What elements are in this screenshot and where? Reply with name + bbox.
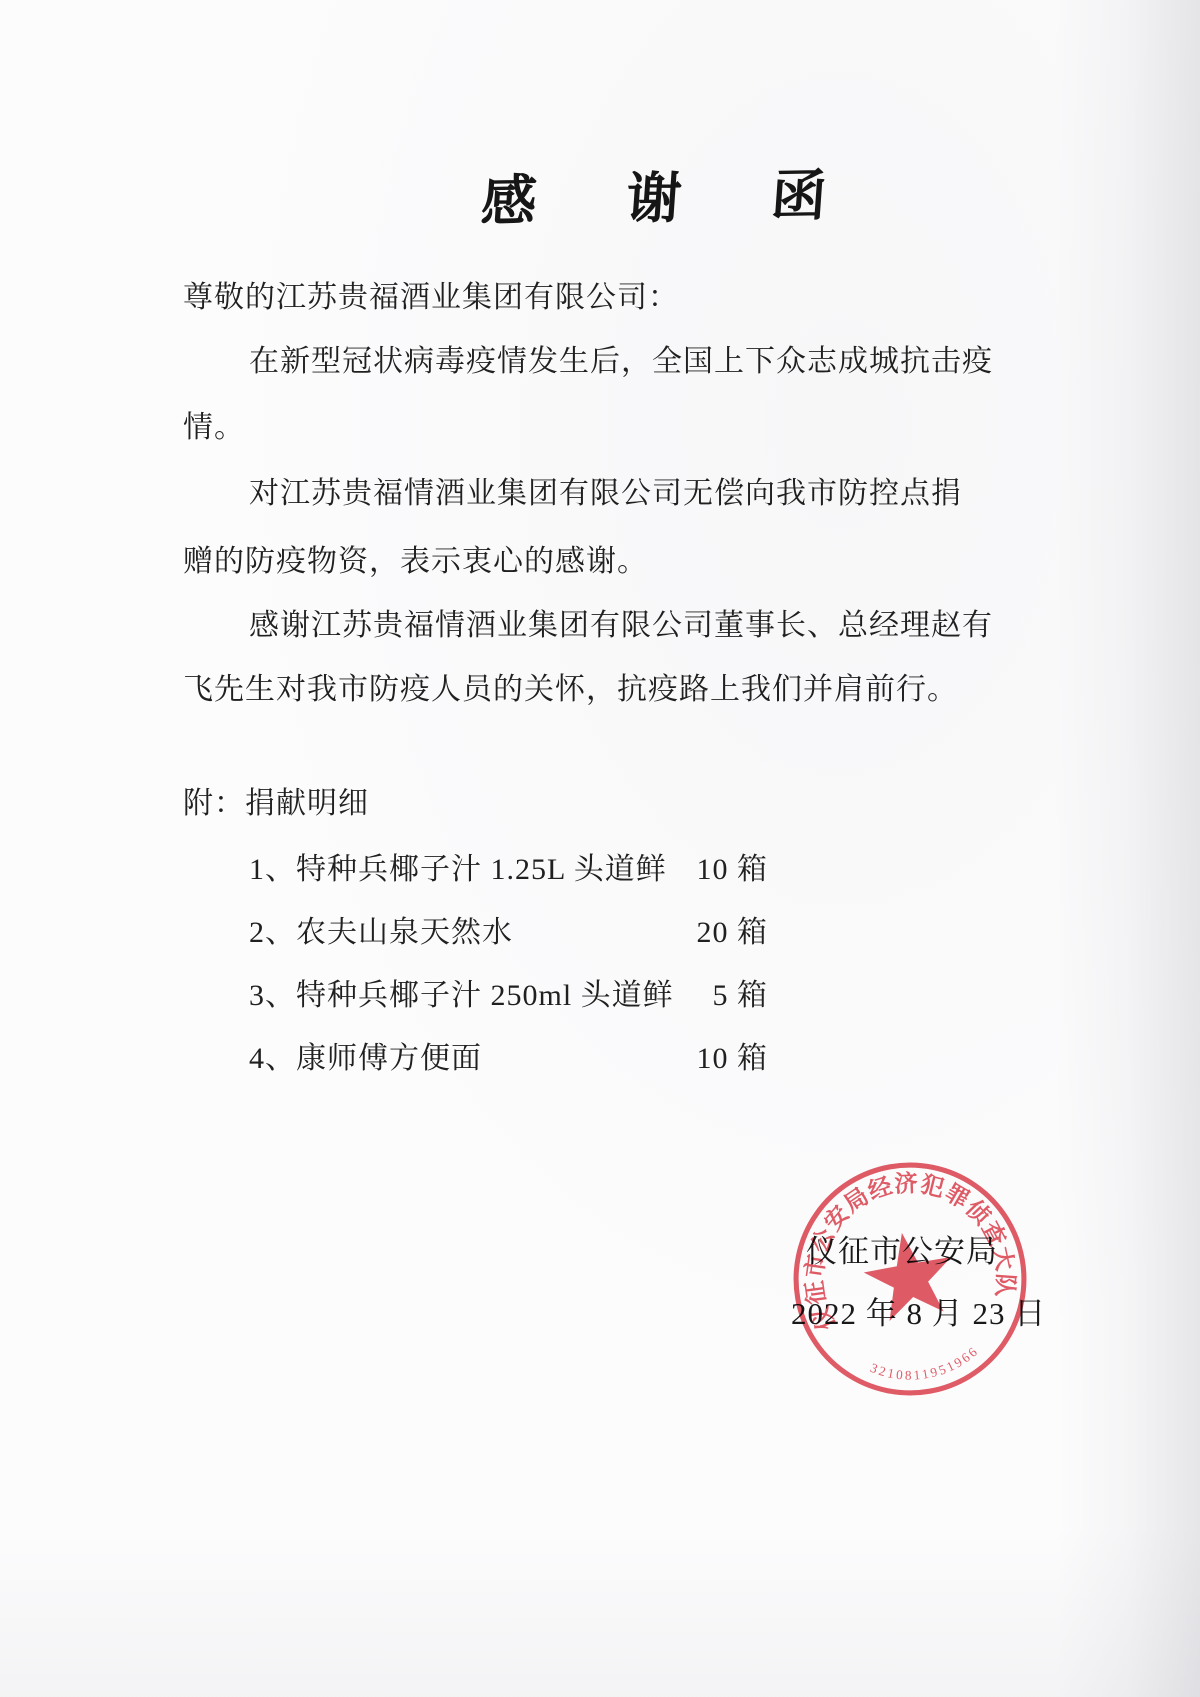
item-qty: 10 箱 [648, 844, 768, 888]
donation-item-row: 2、农夫山泉天然水 20 箱 [0, 907, 1040, 947]
item-name: 1、特种兵椰子汁 1.25L 头道鲜 [249, 844, 667, 888]
page-title: 感 谢 函 [479, 151, 868, 237]
item-qty: 20 箱 [648, 907, 768, 951]
body-line: 情。 [183, 402, 245, 446]
body-line: 赠的防疫物资，表示衷心的感谢。 [183, 536, 648, 580]
official-seal-stamp: 仪征市公安局经济犯罪侦查大队 3210811951966 [772, 1141, 1048, 1417]
body-line: 飞先生对我市防疫人员的关怀，抗疫路上我们并肩前行。 [183, 664, 958, 708]
seal-graphic: 仪征市公安局经济犯罪侦查大队 3210811951966 [772, 1141, 1048, 1417]
item-qty: 5 箱 [648, 970, 768, 1014]
body-line: 在新型冠状病毒疫情发生后，全国上下众志成城抗击疫 [249, 336, 993, 380]
item-name: 3、特种兵椰子汁 250ml 头道鲜 [249, 970, 674, 1014]
donation-item-row: 4、康师傅方便面 10 箱 [0, 1033, 1040, 1073]
donation-item-row: 3、特种兵椰子汁 250ml 头道鲜 5 箱 [0, 970, 1040, 1010]
svg-text:3210811951966: 3210811951966 [866, 1341, 985, 1391]
donation-item-row: 1、特种兵椰子汁 1.25L 头道鲜 10 箱 [0, 844, 1040, 884]
item-name: 4、康师傅方便面 [249, 1033, 482, 1077]
scanned-letter-page: 感 谢 函 尊敬的江苏贵福酒业集团有限公司： 在新型冠状病毒疫情发生后，全国上下… [0, 0, 1200, 1697]
seal-serial-number: 3210811951966 [866, 1341, 985, 1391]
item-name: 2、农夫山泉天然水 [249, 907, 513, 951]
body-line: 感谢江苏贵福情酒业集团有限公司董事长、总经理赵有 [249, 600, 993, 644]
salutation-line: 尊敬的江苏贵福酒业集团有限公司： [183, 272, 679, 316]
item-qty: 10 箱 [648, 1033, 768, 1077]
attachment-heading: 附：捐献明细 [183, 778, 369, 822]
seal-star-icon [858, 1225, 960, 1324]
body-line: 对江苏贵福情酒业集团有限公司无偿向我市防控点捐 [249, 468, 962, 512]
